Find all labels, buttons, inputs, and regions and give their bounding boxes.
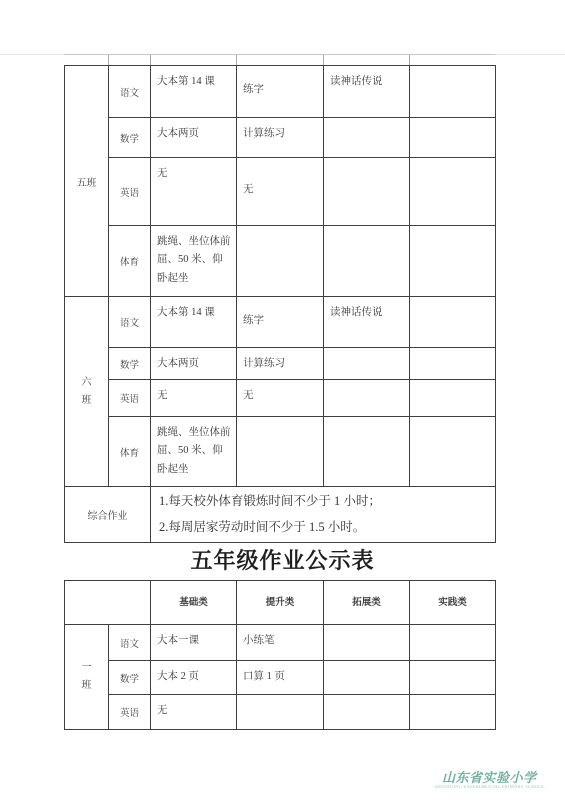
homework-cell: 跳绳、坐位体前屈、50 米、仰卧起坐 — [151, 226, 237, 297]
homework-cell: 练字 — [237, 297, 324, 348]
category-header: 提升类 — [237, 581, 324, 625]
homework-cell: 大本第 14 课 — [151, 297, 237, 348]
summary-content-cell: 1.每天校外体育锻炼时间不少于 1 小时； 2.每周居家劳动时间不少于 1.5 … — [151, 487, 496, 543]
homework-cell — [324, 661, 410, 695]
homework-cell: 大本两页 — [151, 348, 237, 380]
homework-cell — [237, 226, 324, 297]
summary-label-cell: 综合作业 — [65, 487, 151, 543]
subject-cell: 语文 — [109, 297, 151, 348]
cutoff-row-remnant — [64, 54, 495, 65]
category-header: 实践类 — [410, 581, 496, 625]
homework-cell — [410, 417, 496, 487]
table-row: 数学 大本两页 计算练习 — [65, 118, 496, 158]
summary-line: 2.每周居家劳动时间不少于 1.5 小时。 — [159, 515, 489, 541]
category-header: 基础类 — [151, 581, 237, 625]
subject-cell: 数学 — [109, 118, 151, 158]
table-row: 五班 语文 大本第 14 课 练字 读神话传说 — [65, 66, 496, 118]
blank-header-cell — [65, 581, 151, 625]
grade5-homework-table: 基础类 提升类 拓展类 实践类 一班 语文 大本一课 小练笔 数学 大本 2 页… — [64, 580, 496, 730]
school-name-en: SHANDONG EXPERIMENTAL PRIMARY SCHOOL — [434, 785, 544, 790]
subject-cell: 数学 — [109, 348, 151, 380]
homework-cell — [410, 695, 496, 730]
homework-cell — [324, 158, 410, 226]
homework-cell — [324, 625, 410, 661]
homework-cell: 读神话传说 — [324, 66, 410, 118]
school-watermark: 山东省实验小学 SHANDONG EXPERIMENTAL PRIMARY SC… — [419, 771, 560, 792]
homework-cell — [410, 625, 496, 661]
document-page: 五班 语文 大本第 14 课 练字 读神话传说 数学 大本两页 计算练习 英语 … — [0, 0, 565, 800]
table-row: 数学 大本 2 页 口算 1 页 — [65, 661, 496, 695]
page-title: 五年级作业公示表 — [0, 543, 565, 579]
homework-cell — [324, 348, 410, 380]
homework-cell — [410, 66, 496, 118]
table-row: 一班 语文 大本一课 小练笔 — [65, 625, 496, 661]
homework-cell: 大本一课 — [151, 625, 237, 661]
homework-cell — [410, 158, 496, 226]
subject-cell: 体育 — [109, 417, 151, 487]
homework-cell — [324, 118, 410, 158]
homework-cell: 无 — [151, 158, 237, 226]
homework-cell: 大本两页 — [151, 118, 237, 158]
table-row: 英语 无 无 — [65, 158, 496, 226]
grade4-homework-table: 五班 语文 大本第 14 课 练字 读神话传说 数学 大本两页 计算练习 英语 … — [64, 65, 496, 543]
subject-cell: 英语 — [109, 695, 151, 730]
subject-cell: 英语 — [109, 380, 151, 417]
homework-cell — [410, 226, 496, 297]
homework-cell: 无 — [151, 695, 237, 730]
homework-cell — [237, 695, 324, 730]
homework-cell: 计算练习 — [237, 118, 324, 158]
table-row: 数学 大本两页 计算练习 — [65, 348, 496, 380]
homework-cell — [410, 297, 496, 348]
subject-cell: 数学 — [109, 661, 151, 695]
table-row: 六班 语文 大本第 14 课 练字 读神话传说 — [65, 297, 496, 348]
homework-cell — [324, 380, 410, 417]
category-header: 拓展类 — [324, 581, 410, 625]
summary-row: 综合作业 1.每天校外体育锻炼时间不少于 1 小时； 2.每周居家劳动时间不少于… — [65, 487, 496, 543]
homework-cell — [410, 661, 496, 695]
header-row: 基础类 提升类 拓展类 实践类 — [65, 581, 496, 625]
table-row: 英语 无 无 — [65, 380, 496, 417]
homework-cell — [410, 380, 496, 417]
homework-cell: 无 — [151, 380, 237, 417]
class-label-cell: 六班 — [65, 297, 109, 487]
homework-cell: 大本第 14 课 — [151, 66, 237, 118]
homework-cell: 练字 — [237, 66, 324, 118]
homework-cell: 大本 2 页 — [151, 661, 237, 695]
homework-cell: 跳绳、坐位体前屈、50 米、仰卧起坐 — [151, 417, 237, 487]
homework-cell — [410, 118, 496, 158]
homework-cell: 小练笔 — [237, 625, 324, 661]
table-row: 体育 跳绳、坐位体前屈、50 米、仰卧起坐 — [65, 226, 496, 297]
homework-cell — [237, 417, 324, 487]
homework-cell: 无 — [237, 380, 324, 417]
homework-cell — [324, 695, 410, 730]
class-label-cell: 一班 — [65, 625, 109, 730]
subject-cell: 体育 — [109, 226, 151, 297]
homework-cell — [324, 226, 410, 297]
homework-cell: 计算练习 — [237, 348, 324, 380]
class-label-cell: 五班 — [65, 66, 109, 297]
homework-cell: 读神话传说 — [324, 297, 410, 348]
subject-cell: 语文 — [109, 625, 151, 661]
school-name-cn: 山东省实验小学 — [419, 771, 560, 785]
table-row: 体育 跳绳、坐位体前屈、50 米、仰卧起坐 — [65, 417, 496, 487]
homework-cell — [324, 417, 410, 487]
table-row: 英语 无 — [65, 695, 496, 730]
subject-cell: 英语 — [109, 158, 151, 226]
homework-cell: 无 — [237, 158, 324, 226]
homework-cell — [410, 348, 496, 380]
homework-cell: 口算 1 页 — [237, 661, 324, 695]
subject-cell: 语文 — [109, 66, 151, 118]
summary-line: 1.每天校外体育锻炼时间不少于 1 小时； — [159, 489, 489, 515]
